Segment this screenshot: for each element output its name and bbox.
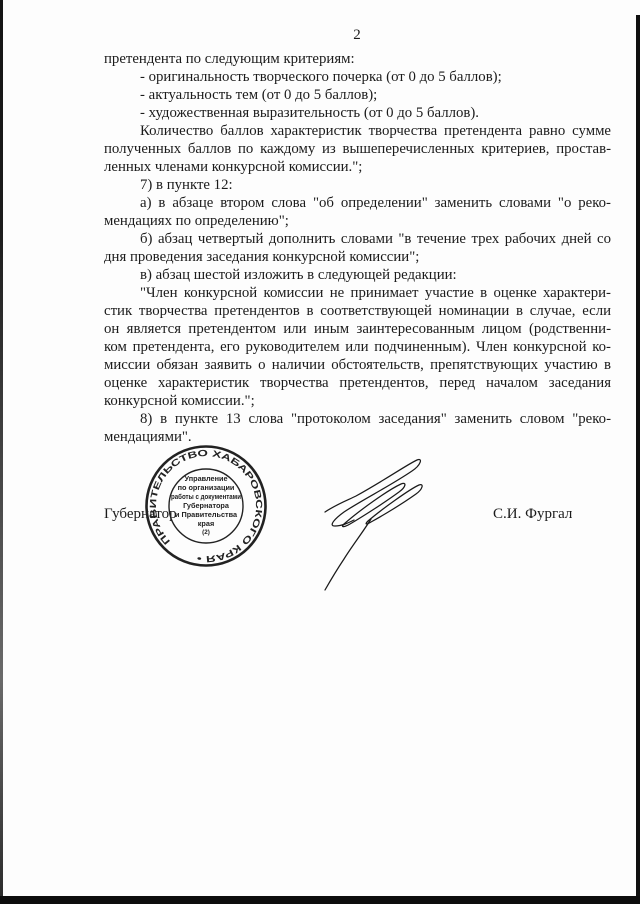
stamp-center-line-2: по организации — [178, 483, 235, 492]
text-line: мендациях по определению"; — [104, 212, 611, 230]
text-line: он является претендентом или иным заинте… — [104, 320, 611, 338]
text-line: полученных баллов по каждому из вышепере… — [104, 140, 611, 158]
signatory-name: С.И. Фургал — [493, 506, 572, 523]
text-line: - оригинальность творческого почерка (от… — [104, 68, 611, 86]
text-line: Количество баллов характеристик творчест… — [104, 122, 611, 140]
signature-stroke-inner2 — [366, 485, 422, 524]
text-line: дня проведения заседания конкурсной коми… — [104, 248, 611, 266]
signature-stroke-tail — [325, 519, 371, 590]
page-number: 2 — [104, 27, 610, 44]
text-line: стик творчества претендентов в соответст… — [104, 302, 611, 320]
text-line: ком претендента, его руководителем или п… — [104, 338, 611, 356]
stamp-center-line-1: Управление — [184, 474, 227, 483]
text-line: а) в абзаце втором слова "об определении… — [104, 194, 611, 212]
text-line: - актуальность тем (от 0 до 5 баллов); — [104, 86, 611, 104]
text-line: б) абзац четвертый дополнить словами "в … — [104, 230, 611, 248]
stamp-center-line-6: края — [198, 519, 214, 528]
text-line: ленных членами конкурсной комиссии."; — [104, 158, 611, 176]
official-stamp: ПРАВИТЕЛЬСТВО ХАБАРОВСКОГО КРАЯ • Управл… — [143, 443, 269, 569]
scan-edge-right — [636, 15, 640, 904]
text-line: - художественная выразительность (от 0 д… — [104, 104, 611, 122]
text-line: претендента по следующим критериям: — [104, 50, 611, 68]
handwritten-signature — [290, 440, 470, 640]
text-line: в) абзац шестой изложить в следующей ред… — [104, 266, 611, 284]
text-line: 8) в пункте 13 слова "протоколом заседан… — [104, 410, 611, 428]
scan-edge-left — [0, 0, 3, 904]
stamp-center-line-3: работы с документами — [171, 492, 241, 501]
stamp-center-line-4: Губернатора — [183, 501, 230, 510]
text-line: "Член конкурсной комиссии не принимает у… — [104, 284, 611, 302]
stamp-center-line-5: и Правительства — [175, 510, 238, 519]
text-line: оценке характеристик творчества претенде… — [104, 374, 611, 392]
document-text: претендента по следующим критериям:- ори… — [104, 50, 611, 446]
text-line: конкурсной комиссии."; — [104, 392, 611, 410]
text-line: 7) в пункте 12: — [104, 176, 611, 194]
document-page: 2 претендента по следующим критериям:- о… — [0, 0, 640, 904]
stamp-center-line-7: (2) — [202, 529, 210, 536]
scan-edge-bottom — [0, 896, 640, 904]
text-line: миссии обязан заявить о наличии обстояте… — [104, 356, 611, 374]
